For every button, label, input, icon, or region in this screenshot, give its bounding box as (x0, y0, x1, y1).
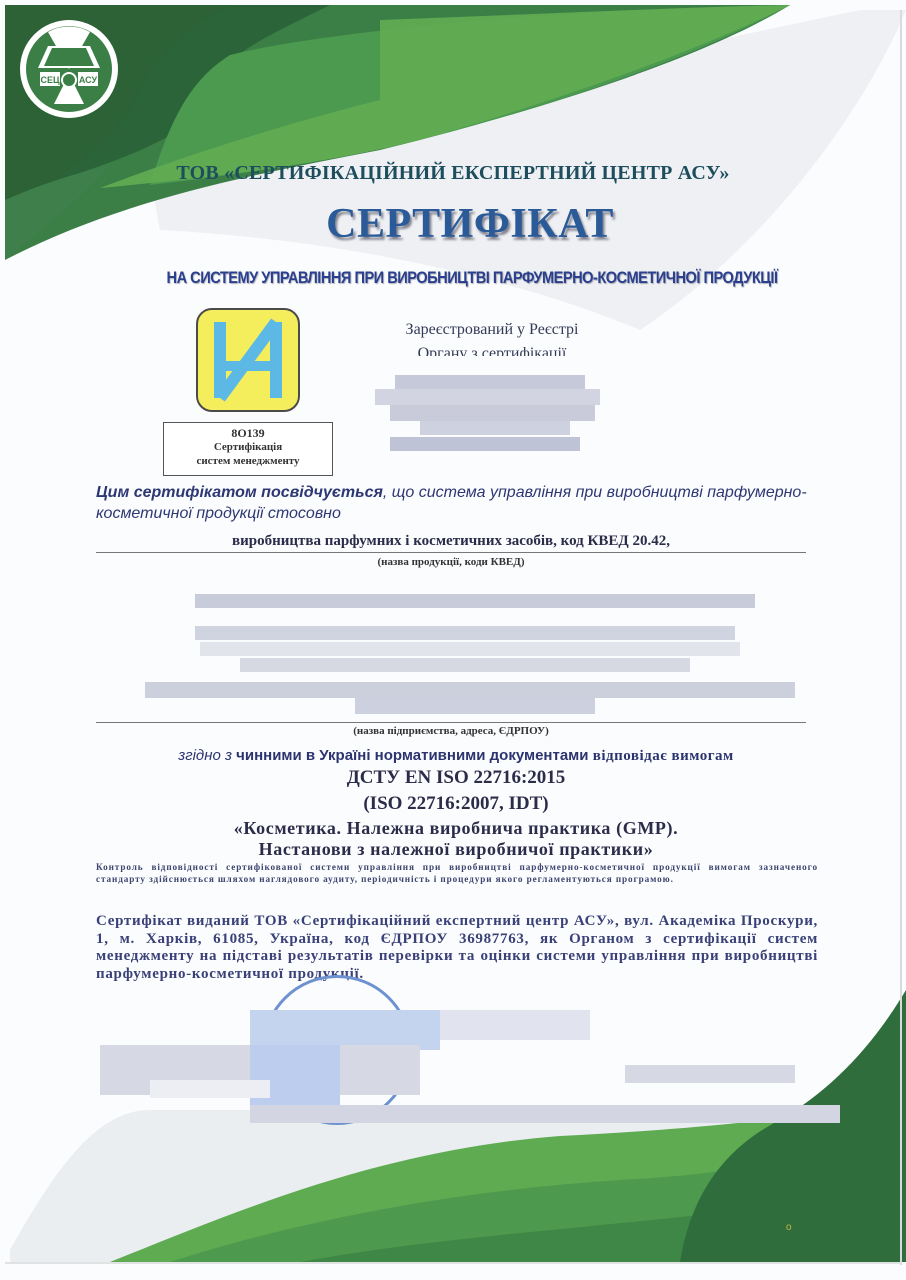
product-description: виробництва парфумних і косметичних засо… (96, 533, 806, 553)
standard-iso-code: (ISO 22716:2007, IDT) (96, 793, 816, 815)
certificate-subtitle: НА СИСТЕМУ УПРАВЛІННЯ ПРИ ВИРОБНИЦТВІ ПА… (66, 268, 878, 288)
logo-label-left: СЕЦ (40, 75, 60, 85)
corner-mark: o (786, 1222, 792, 1233)
accreditation-line-1: Сертифікація (164, 440, 332, 454)
registry-line-1: Зареєстрований у Реєстрі (376, 318, 608, 342)
accreditation-number: 8О139 (164, 426, 332, 440)
registry-line-2: Органу з сертифікації (376, 342, 608, 356)
product-caption: (назва продукції, коди КВЕД) (96, 556, 806, 568)
organization-name: ТОВ «СЕРТИФІКАЦІЙНИЙ ЕКСПЕРТНИЙ ЦЕНТР АС… (0, 162, 906, 185)
redacted-signature-block (100, 1000, 845, 1130)
logo-label-right: АСУ (79, 75, 98, 85)
issuer-statement: Сертифікат виданий ТОВ «Сертифікаційний … (96, 913, 818, 983)
accordance-italic: згідно з (178, 747, 236, 764)
accreditation-box: 8О139 Сертифікація систем менеджменту (163, 422, 333, 476)
radiation-trefoil-logo-icon: СЕЦ АСУ (18, 18, 120, 120)
company-caption: (назва підприємства, адреса, ЄДРПОУ) (96, 725, 806, 737)
accordance-bold: чинними в Україні нормативними документа… (236, 747, 588, 764)
intro-bold: Цим сертифікатом посвідчується (96, 484, 383, 501)
surveillance-note: Контроль відповідності сертифікованої си… (96, 861, 818, 885)
certificate-intro: Цим сертифікатом посвідчується, що систе… (96, 482, 816, 524)
company-underline (96, 722, 806, 723)
accordance-statement: згідно з чинними в Україні нормативними … (96, 747, 816, 765)
standard-title-line-1: «Косметика. Належна виробнича практика (… (96, 818, 816, 839)
national-accreditation-mark-icon (196, 308, 300, 412)
redacted-registry-number (375, 360, 605, 455)
standard-code: ДСТУ EN ISO 22716:2015 (96, 767, 816, 789)
standard-title-line-2: Настанови з належної виробничої практики… (96, 839, 816, 860)
redacted-company-details (140, 580, 800, 720)
certificate-page: СЕЦ АСУ ТОВ «СЕРТИФІКАЦІЙНИЙ ЕКСПЕРТНИЙ … (0, 0, 906, 1280)
accordance-tail: відповідає вимогам (589, 748, 734, 764)
accreditation-line-2: систем менеджменту (164, 454, 332, 468)
registry-info: Зареєстрований у Реєстрі Органу з сертиф… (376, 318, 608, 356)
certificate-title: СЕРТИФІКАТ (0, 200, 906, 248)
